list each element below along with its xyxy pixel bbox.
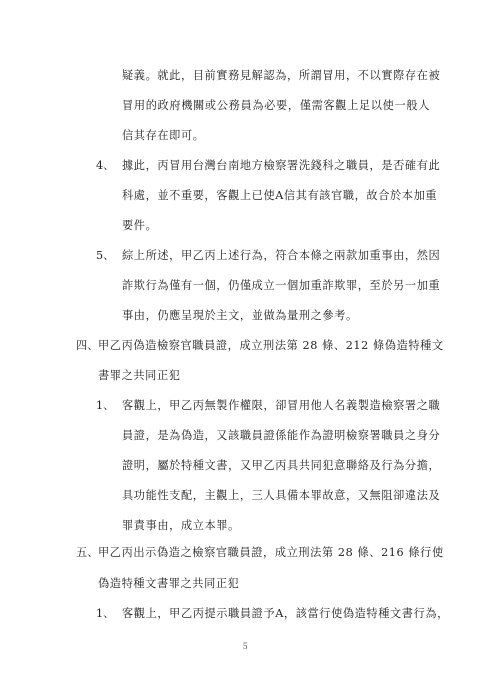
- paragraph-line: 信其存在即可。: [122, 129, 205, 143]
- paragraph-line: 罪責事由，成立本罪。: [122, 519, 240, 533]
- paragraph-line: 疑義。就此，目前實務見解認為，所謂冒用，不以實際存在被: [122, 69, 430, 83]
- list-number: 5、: [96, 249, 114, 263]
- paragraph-line: 事由，仍應呈現於主文，並做為量刑之參考。: [122, 309, 358, 323]
- paragraph-line: 證明，屬於特種文書，又甲乙丙具共同犯意聯絡及行為分擔，: [122, 459, 430, 473]
- paragraph-line: 據此，丙冒用台灣台南地方檢察署洗錢科之職員，是否確有此: [122, 159, 430, 173]
- section-heading-line: 偽造特種文書罪之共同正犯: [98, 577, 239, 591]
- section-heading-line: 甲乙丙出示偽造之檢察官職員證，成立刑法第 28 條、216 條行使: [98, 546, 426, 560]
- list-number: 1、: [96, 607, 114, 621]
- paragraph-line: 詐欺行為僅有一個，仍僅成立一個加重詐欺罪，至於另一加重: [122, 279, 430, 293]
- section-number: 五、: [76, 546, 98, 560]
- paragraph-line: 冒用的政府機關或公務員為必要，僅需客觀上足以使一般人: [122, 99, 430, 113]
- list-number: 4、: [96, 159, 114, 173]
- list-number: 1、: [96, 399, 114, 413]
- section-heading-line: 甲乙丙偽造檢察官職員證，成立刑法第 28 條、212 條偽造特種文: [98, 339, 434, 353]
- section-heading-line: 書罪之共同正犯: [98, 369, 181, 383]
- document-page: 疑義。就此，目前實務見解認為，所謂冒用，不以實際存在被 冒用的政府機關或公務員為…: [0, 0, 495, 700]
- section-number: 四、: [76, 339, 98, 353]
- page-number: 5: [243, 641, 248, 651]
- paragraph-line: 綜上所述，甲乙丙上述行為，符合本條之兩款加重事由，然因: [122, 249, 430, 263]
- paragraph-line: 要件。: [122, 219, 157, 233]
- paragraph-line: 科處，並不重要，客觀上已使A信其有該官職，故合於本加重: [122, 189, 430, 203]
- paragraph-line: 客觀上，甲乙丙無製作權限，卻冒用他人名義製造檢察署之職: [122, 399, 430, 413]
- paragraph-line: 具功能性支配，主觀上，三人具備本罪故意，又無阻卻違法及: [122, 489, 430, 503]
- paragraph-line: 客觀上，甲乙丙提示職員證予A，該當行使偽造特種文書行為，: [122, 607, 430, 621]
- paragraph-line: 員證，是為偽造，又該職員證係能作為證明檢察署職員之身分: [122, 429, 430, 443]
